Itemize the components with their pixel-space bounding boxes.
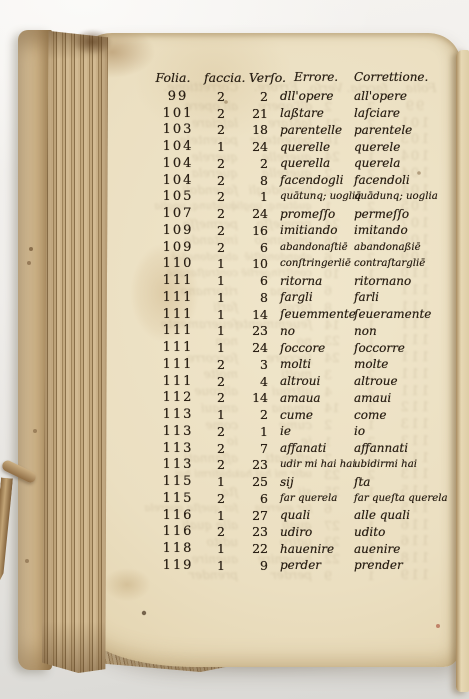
table-row: 101221laßtarelaſciare	[150, 105, 462, 122]
table-row: 116223udiroudito	[150, 524, 462, 541]
cell-folia: 116	[150, 508, 196, 523]
cell-errore: ſoccore	[272, 341, 354, 355]
cell-faccia: 1	[196, 256, 232, 271]
cell-faccia: 2	[196, 89, 232, 104]
cell-errore: ritorna	[272, 274, 354, 288]
cell-verso: 3	[232, 357, 272, 372]
cell-correttione: querela	[354, 156, 462, 170]
cell-correttione: alle quali	[354, 508, 462, 522]
cell-verso: 6	[232, 240, 272, 255]
cell-folia: 107	[150, 206, 196, 221]
cell-folia: 104	[150, 139, 196, 154]
page-specks	[0, 0, 2, 2]
cell-faccia: 1	[196, 307, 232, 322]
cell-errore: facendogli	[272, 173, 354, 187]
cell-faccia: 2	[196, 240, 232, 255]
cell-faccia: 1	[196, 290, 232, 305]
cell-faccia: 2	[196, 357, 232, 372]
cell-faccia: 2	[196, 374, 232, 389]
cell-errore: far querela	[272, 493, 354, 504]
cell-errore: querella	[272, 156, 354, 170]
table-row: 118122hauenireauenire	[150, 540, 462, 557]
cell-folia: 115	[150, 474, 196, 489]
cell-verso: 1	[232, 189, 272, 204]
cell-correttione: molte	[354, 357, 462, 371]
cell-errore: dll'opere	[272, 89, 354, 103]
cell-errore: querelle	[272, 140, 354, 154]
cell-faccia: 1	[196, 508, 232, 523]
cell-verso: 6	[232, 491, 272, 506]
table-row: 116127qualialle quali	[150, 507, 462, 524]
table-row: 11124altrouialtroue	[150, 373, 462, 390]
table-header-row: Folia. faccia. Verſo. Errore. Correttion…	[150, 66, 462, 88]
cell-verso: 2	[232, 407, 272, 422]
cell-folia: 105	[150, 189, 196, 204]
cell-faccia: 1	[196, 541, 232, 556]
cell-folia: 111	[150, 340, 196, 355]
cell-faccia: 2	[196, 206, 232, 221]
cell-correttione: parentele	[354, 123, 462, 137]
table-row: 11312cumecome	[150, 406, 462, 423]
cell-faccia: 2	[196, 173, 232, 188]
cell-folia: 119	[150, 558, 196, 573]
cell-errore: promeſſo	[272, 207, 354, 221]
cell-correttione: contraſtargliē	[354, 258, 462, 269]
cell-correttione: quādunq; uoglia	[354, 191, 462, 202]
cell-errore: parentelle	[272, 123, 354, 137]
cell-verso: 7	[232, 441, 272, 456]
cell-errore: molti	[272, 357, 354, 371]
table-row: 10926abandonaſtiēabandonaßiē	[150, 239, 462, 256]
cell-verso: 18	[232, 122, 272, 137]
cell-folia: 115	[150, 491, 196, 506]
cell-correttione: imitando	[354, 223, 462, 237]
table-row: 113223udir mi hai haiubidirmi hai	[150, 457, 462, 474]
table-row: 9922dll'opereall'opere	[150, 88, 462, 105]
table-row: 111123nonon	[150, 323, 462, 340]
cell-verso: 1	[232, 424, 272, 439]
cell-faccia: 2	[196, 524, 232, 539]
cell-errore: laßtare	[272, 106, 354, 120]
cell-correttione: amaui	[354, 391, 462, 405]
table-row: 109216imitiandoimitando	[150, 222, 462, 239]
cell-correttione: permeſſo	[354, 207, 462, 221]
cell-correttione: ſoccorre	[354, 341, 462, 355]
table-row: 11321ieio	[150, 423, 462, 440]
cell-correttione: auenire	[354, 542, 462, 556]
cell-folia: 111	[150, 307, 196, 322]
cell-errore: amaua	[272, 391, 354, 405]
cell-correttione: abandonaßiē	[354, 242, 462, 253]
cell-errore: conſtringerliē	[272, 258, 354, 269]
cell-correttione: altroue	[354, 374, 462, 388]
cell-errore: quali	[272, 508, 354, 522]
cell-verso: 23	[232, 323, 272, 338]
cell-correttione: querele	[354, 140, 462, 154]
cell-verso: 24	[232, 139, 272, 154]
cell-faccia: 2	[196, 189, 232, 204]
table-row: 115125sijſta	[150, 473, 462, 490]
cell-errore: perder	[272, 558, 354, 572]
cell-verso: 6	[232, 273, 272, 288]
cell-verso: 23	[232, 457, 272, 472]
table-row: 111114ſeuemmenteſeueramente	[150, 306, 462, 323]
cell-folia: 111	[150, 323, 196, 338]
cell-errore: ſeuemmente	[272, 307, 354, 321]
table-row: 11327affanatiaffannati	[150, 440, 462, 457]
cell-faccia: 2	[196, 223, 232, 238]
cell-errore: altroui	[272, 374, 354, 388]
cell-errore: sij	[272, 475, 354, 489]
cell-errore: ie	[272, 424, 354, 438]
cell-errore: udir mi hai hai	[272, 459, 354, 470]
cell-folia: 116	[150, 524, 196, 539]
cell-faccia: 2	[196, 156, 232, 171]
column-header-faccia: faccia.	[196, 70, 232, 85]
cell-errore: hauenire	[272, 542, 354, 556]
errata-table-area: Folia. faccia. Verſo. Errore. Correttion…	[150, 66, 462, 574]
cell-errore: no	[272, 324, 354, 338]
table-row: 103218parentelleparentele	[150, 122, 462, 139]
cell-errore: cume	[272, 408, 354, 422]
cell-faccia: 1	[196, 407, 232, 422]
cell-folia: 110	[150, 256, 196, 271]
cell-folia: 112	[150, 390, 196, 405]
cell-correttione: ritornano	[354, 274, 462, 288]
cell-verso: 23	[232, 524, 272, 539]
cell-correttione: far queſta querela	[354, 493, 462, 504]
book-photo: Folia. faccia. Verſo. Errore. Correttion…	[0, 0, 469, 699]
cell-verso: 9	[232, 558, 272, 573]
cell-folia: 109	[150, 223, 196, 238]
cell-faccia: 1	[196, 323, 232, 338]
cell-errore: affanati	[272, 441, 354, 455]
cell-verso: 24	[232, 340, 272, 355]
cell-verso: 14	[232, 307, 272, 322]
cell-folia: 101	[150, 106, 196, 121]
cell-folia: 103	[150, 122, 196, 137]
cell-correttione: laſciare	[354, 106, 462, 120]
cell-folia: 113	[150, 457, 196, 472]
cell-verso: 4	[232, 374, 272, 389]
cell-verso: 8	[232, 290, 272, 305]
cell-faccia: 2	[196, 106, 232, 121]
cell-errore: fargli	[272, 290, 354, 304]
table-row: 11123moltimolte	[150, 356, 462, 373]
cell-folia: 111	[150, 374, 196, 389]
cell-folia: 99	[150, 89, 196, 104]
cell-correttione: non	[354, 324, 462, 338]
cell-correttione: ſeueramente	[354, 307, 462, 321]
cell-folia: 111	[150, 290, 196, 305]
cell-correttione: facendoli	[354, 173, 462, 187]
table-row: 107224promeſſopermeſſo	[150, 205, 462, 222]
errata-table: Folia. faccia. Verſo. Errore. Correttion…	[150, 66, 462, 574]
cell-verso: 8	[232, 173, 272, 188]
table-row: 11118farglifarli	[150, 289, 462, 306]
cell-faccia: 1	[196, 273, 232, 288]
cell-errore: imitiando	[272, 223, 354, 237]
cell-errore: abandonaſtiē	[272, 242, 354, 253]
cell-faccia: 1	[196, 474, 232, 489]
cell-verso: 16	[232, 223, 272, 238]
table-row: 104124querellequerele	[150, 138, 462, 155]
cell-verso: 2	[232, 89, 272, 104]
cell-faccia: 1	[196, 558, 232, 573]
table-row: 111124ſoccoreſoccorre	[150, 339, 462, 356]
cell-verso: 10	[232, 256, 272, 271]
cell-faccia: 2	[196, 390, 232, 405]
cell-faccia: 2	[196, 457, 232, 472]
cell-faccia: 1	[196, 340, 232, 355]
cell-correttione: farli	[354, 290, 462, 304]
cell-folia: 111	[150, 273, 196, 288]
table-row: 11116ritornaritornano	[150, 272, 462, 289]
corner-stain	[64, 24, 120, 60]
cell-correttione: io	[354, 424, 462, 438]
fore-edge-stack	[42, 27, 108, 673]
table-row: 110110conſtringerliēcontraſtargliē	[150, 256, 462, 273]
cell-correttione: affannati	[354, 441, 462, 455]
cell-correttione: prender	[354, 558, 462, 572]
table-row: 11526far querelafar queſta querela	[150, 490, 462, 507]
cell-verso: 2	[232, 156, 272, 171]
table-row: 10521quātunq; uogliāquādunq; uoglia	[150, 189, 462, 206]
cell-verso: 27	[232, 508, 272, 523]
cell-faccia: 2	[196, 491, 232, 506]
cell-correttione: all'opere	[354, 89, 462, 103]
cell-folia: 104	[150, 173, 196, 188]
column-header-errore: Errore.	[272, 70, 354, 84]
cell-folia: 104	[150, 156, 196, 171]
cell-verso: 14	[232, 390, 272, 405]
table-row: 112214amauaamaui	[150, 390, 462, 407]
cell-folia: 109	[150, 240, 196, 255]
cell-correttione: come	[354, 408, 462, 422]
cell-folia: 111	[150, 357, 196, 372]
cell-faccia: 2	[196, 424, 232, 439]
cell-correttione: ubidirmi hai	[354, 459, 462, 470]
cell-errore: quātunq; uogliā	[272, 191, 354, 202]
cell-folia: 118	[150, 541, 196, 556]
column-header-folia: Folia.	[150, 70, 196, 85]
cell-verso: 25	[232, 474, 272, 489]
cell-faccia: 1	[196, 139, 232, 154]
cell-correttione: udito	[354, 525, 462, 539]
cell-verso: 24	[232, 206, 272, 221]
cell-errore: udiro	[272, 525, 354, 539]
table-row: 11919perderprender	[150, 557, 462, 574]
cell-folia: 113	[150, 424, 196, 439]
table-row: 10422querellaquerela	[150, 155, 462, 172]
cell-folia: 113	[150, 407, 196, 422]
column-header-correttione: Correttione.	[354, 70, 462, 84]
cell-verso: 21	[232, 106, 272, 121]
cell-faccia: 2	[196, 441, 232, 456]
cell-verso: 22	[232, 541, 272, 556]
cell-correttione: ſta	[354, 475, 462, 489]
cell-faccia: 2	[196, 122, 232, 137]
cell-folia: 113	[150, 441, 196, 456]
table-row: 10428facendoglifacendoli	[150, 172, 462, 189]
